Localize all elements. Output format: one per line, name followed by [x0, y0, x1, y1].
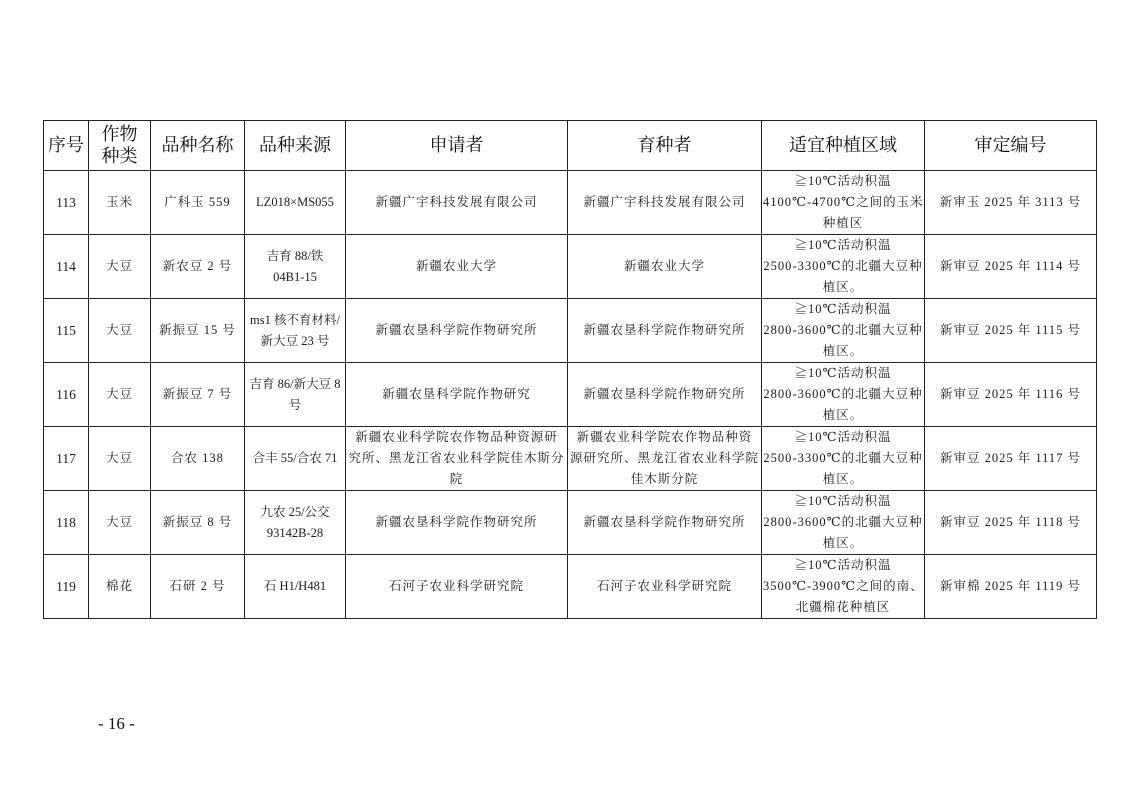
cell-breeder: 新疆农垦科学院作物研究所 — [568, 491, 762, 555]
cell-suitable-region: ≧10℃活动积温2800-3600℃的北疆大豆种植区。 — [762, 363, 925, 427]
cell-variety-source-line: 04B1-15 — [246, 267, 344, 288]
table-row: 113玉米广科玉 559LZ018×MS055新疆广宇科技发展有限公司新疆广宇科… — [44, 171, 1097, 235]
cell-crop-type: 大豆 — [89, 491, 151, 555]
header-breeder: 育种者 — [568, 121, 762, 171]
cell-variety-name: 石研 2 号 — [151, 555, 245, 619]
cell-variety-name: 新振豆 7 号 — [151, 363, 245, 427]
variety-approval-table: 序号 作物 种类 品种名称 品种来源 申请者 育种者 适宜种植区域 审定编号 1… — [43, 120, 1097, 619]
cell-breeder-line: 源研究所、黑龙江省农业科学院 — [569, 448, 760, 469]
cell-approval-number: 新审豆 2025 年 1117 号 — [925, 427, 1097, 491]
cell-suitable-region-line: 植区。 — [763, 277, 923, 298]
page-number: - 16 - — [98, 714, 135, 734]
cell-suitable-region-line: 2500-3300℃的北疆大豆种 — [763, 448, 923, 469]
cell-approval-number: 新审豆 2025 年 1116 号 — [925, 363, 1097, 427]
cell-variety-source-line: 吉育 86/新大豆 8 — [246, 374, 344, 395]
cell-variety-name: 新农豆 2 号 — [151, 235, 245, 299]
header-crop-type: 作物 种类 — [89, 121, 151, 171]
cell-applicant-line: 新疆农垦科学院作物研究所 — [347, 320, 566, 341]
header-crop-type-line1: 作物 — [90, 124, 149, 146]
cell-variety-source-line: 九农 25/公交 — [246, 502, 344, 523]
header-crop-type-line2: 种类 — [90, 146, 149, 168]
cell-crop-type: 大豆 — [89, 427, 151, 491]
cell-approval-number: 新审豆 2025 年 1114 号 — [925, 235, 1097, 299]
cell-suitable-region-line: 4100℃-4700℃之间的玉米 — [763, 192, 923, 213]
cell-variety-source: LZ018×MS055 — [245, 171, 346, 235]
cell-variety-name: 合农 138 — [151, 427, 245, 491]
cell-suitable-region-line: 2500-3300℃的北疆大豆种 — [763, 256, 923, 277]
cell-applicant: 新疆农垦科学院作物研究 — [346, 363, 568, 427]
cell-crop-type: 大豆 — [89, 235, 151, 299]
cell-suitable-region: ≧10℃活动积温4100℃-4700℃之间的玉米种植区 — [762, 171, 925, 235]
cell-crop-type: 大豆 — [89, 299, 151, 363]
header-suitable-region: 适宜种植区域 — [762, 121, 925, 171]
cell-crop-type: 玉米 — [89, 171, 151, 235]
cell-suitable-region-line: 2800-3600℃的北疆大豆种 — [763, 320, 923, 341]
cell-breeder: 新疆农垦科学院作物研究所 — [568, 363, 762, 427]
cell-applicant-line: 石河子农业科学研究院 — [347, 576, 566, 597]
cell-serial-no: 113 — [44, 171, 89, 235]
cell-applicant: 新疆农垦科学院作物研究所 — [346, 491, 568, 555]
cell-applicant: 新疆农垦科学院作物研究所 — [346, 299, 568, 363]
header-variety-source: 品种来源 — [245, 121, 346, 171]
table-row: 115大豆新振豆 15 号ms1 核不育材料/新大豆 23 号新疆农垦科学院作物… — [44, 299, 1097, 363]
cell-variety-source-line: 合丰 55/合农 71 — [246, 448, 344, 469]
cell-applicant: 新疆农业大学 — [346, 235, 568, 299]
cell-serial-no: 114 — [44, 235, 89, 299]
cell-suitable-region: ≧10℃活动积温2800-3600℃的北疆大豆种植区。 — [762, 299, 925, 363]
cell-serial-no: 117 — [44, 427, 89, 491]
cell-applicant-line: 新疆农业大学 — [347, 256, 566, 277]
cell-breeder: 新疆农垦科学院作物研究所 — [568, 299, 762, 363]
cell-suitable-region: ≧10℃活动积温2500-3300℃的北疆大豆种植区。 — [762, 427, 925, 491]
cell-suitable-region-line: ≧10℃活动积温 — [763, 171, 923, 192]
cell-variety-source-line: 石 H1/H481 — [246, 576, 344, 597]
cell-suitable-region-line: 2800-3600℃的北疆大豆种 — [763, 384, 923, 405]
cell-variety-name: 新振豆 15 号 — [151, 299, 245, 363]
cell-variety-name: 新振豆 8 号 — [151, 491, 245, 555]
cell-applicant: 石河子农业科学研究院 — [346, 555, 568, 619]
cell-suitable-region: ≧10℃活动积温2800-3600℃的北疆大豆种植区。 — [762, 491, 925, 555]
cell-suitable-region-line: 植区。 — [763, 405, 923, 426]
cell-variety-source-line: ms1 核不育材料/ — [246, 310, 344, 331]
cell-breeder-line: 新疆农垦科学院作物研究所 — [569, 384, 760, 405]
cell-breeder-line: 石河子农业科学研究院 — [569, 576, 760, 597]
table-row: 117大豆合农 138合丰 55/合农 71新疆农业科学院农作物品种资源研究所、… — [44, 427, 1097, 491]
cell-suitable-region-line: ≧10℃活动积温 — [763, 555, 923, 576]
cell-suitable-region-line: ≧10℃活动积温 — [763, 299, 923, 320]
cell-variety-source: 吉育 86/新大豆 8号 — [245, 363, 346, 427]
cell-applicant-line: 新疆农垦科学院作物研究所 — [347, 512, 566, 533]
cell-breeder-line: 新疆农业大学 — [569, 256, 760, 277]
cell-variety-source: 合丰 55/合农 71 — [245, 427, 346, 491]
cell-variety-source-line: 新大豆 23 号 — [246, 331, 344, 352]
cell-crop-type: 大豆 — [89, 363, 151, 427]
cell-variety-source: 石 H1/H481 — [245, 555, 346, 619]
cell-breeder-line: 新疆农业科学院农作物品种资 — [569, 427, 760, 448]
table-row: 118大豆新振豆 8 号九农 25/公交93142B-28新疆农垦科学院作物研究… — [44, 491, 1097, 555]
cell-serial-no: 118 — [44, 491, 89, 555]
cell-serial-no: 119 — [44, 555, 89, 619]
cell-variety-source-line: 吉育 88/铁 — [246, 246, 344, 267]
cell-approval-number: 新审棉 2025 年 1119 号 — [925, 555, 1097, 619]
cell-applicant: 新疆广宇科技发展有限公司 — [346, 171, 568, 235]
table-header-row: 序号 作物 种类 品种名称 品种来源 申请者 育种者 适宜种植区域 审定编号 — [44, 121, 1097, 171]
header-approval-number: 审定编号 — [925, 121, 1097, 171]
cell-variety-source-line: 号 — [246, 395, 344, 416]
cell-suitable-region-line: 2800-3600℃的北疆大豆种 — [763, 512, 923, 533]
cell-breeder-line: 新疆农垦科学院作物研究所 — [569, 320, 760, 341]
cell-crop-type: 棉花 — [89, 555, 151, 619]
cell-suitable-region: ≧10℃活动积温3500℃-3900℃之间的南、北疆棉花种植区 — [762, 555, 925, 619]
cell-applicant-line: 新疆农垦科学院作物研究 — [347, 384, 566, 405]
cell-breeder-line: 佳木斯分院 — [569, 469, 760, 490]
table-row: 116大豆新振豆 7 号吉育 86/新大豆 8号新疆农垦科学院作物研究新疆农垦科… — [44, 363, 1097, 427]
cell-serial-no: 116 — [44, 363, 89, 427]
cell-suitable-region-line: 北疆棉花种植区 — [763, 597, 923, 618]
cell-suitable-region-line: 植区。 — [763, 341, 923, 362]
table-row: 114大豆新农豆 2 号吉育 88/铁04B1-15新疆农业大学新疆农业大学≧1… — [44, 235, 1097, 299]
document-page: 序号 作物 种类 品种名称 品种来源 申请者 育种者 适宜种植区域 审定编号 1… — [0, 0, 1122, 793]
cell-approval-number: 新审玉 2025 年 3113 号 — [925, 171, 1097, 235]
cell-approval-number: 新审豆 2025 年 1115 号 — [925, 299, 1097, 363]
cell-suitable-region-line: 3500℃-3900℃之间的南、 — [763, 576, 923, 597]
cell-suitable-region-line: ≧10℃活动积温 — [763, 235, 923, 256]
cell-variety-source: 九农 25/公交93142B-28 — [245, 491, 346, 555]
cell-variety-name: 广科玉 559 — [151, 171, 245, 235]
cell-breeder: 新疆农业大学 — [568, 235, 762, 299]
cell-applicant: 新疆农业科学院农作物品种资源研究所、黑龙江省农业科学院佳木斯分院 — [346, 427, 568, 491]
cell-suitable-region-line: 植区。 — [763, 533, 923, 554]
cell-breeder-line: 新疆农垦科学院作物研究所 — [569, 512, 760, 533]
header-variety-name: 品种名称 — [151, 121, 245, 171]
cell-suitable-region: ≧10℃活动积温2500-3300℃的北疆大豆种植区。 — [762, 235, 925, 299]
cell-applicant-line: 新疆农业科学院农作物品种资源研 — [347, 427, 566, 448]
cell-suitable-region-line: ≧10℃活动积温 — [763, 491, 923, 512]
cell-breeder: 新疆广宇科技发展有限公司 — [568, 171, 762, 235]
header-applicant: 申请者 — [346, 121, 568, 171]
cell-approval-number: 新审豆 2025 年 1118 号 — [925, 491, 1097, 555]
cell-variety-source-line: LZ018×MS055 — [246, 192, 344, 213]
cell-breeder: 新疆农业科学院农作物品种资源研究所、黑龙江省农业科学院佳木斯分院 — [568, 427, 762, 491]
cell-suitable-region-line: 种植区 — [763, 213, 923, 234]
cell-breeder-line: 新疆广宇科技发展有限公司 — [569, 192, 760, 213]
cell-applicant-line: 究所、黑龙江省农业科学院佳木斯分 — [347, 448, 566, 469]
cell-breeder: 石河子农业科学研究院 — [568, 555, 762, 619]
cell-suitable-region-line: ≧10℃活动积温 — [763, 427, 923, 448]
cell-suitable-region-line: 植区。 — [763, 469, 923, 490]
cell-variety-source-line: 93142B-28 — [246, 523, 344, 544]
cell-applicant-line: 新疆广宇科技发展有限公司 — [347, 192, 566, 213]
header-serial-no: 序号 — [44, 121, 89, 171]
cell-variety-source: ms1 核不育材料/新大豆 23 号 — [245, 299, 346, 363]
cell-suitable-region-line: ≧10℃活动积温 — [763, 363, 923, 384]
table-body: 113玉米广科玉 559LZ018×MS055新疆广宇科技发展有限公司新疆广宇科… — [44, 171, 1097, 619]
cell-variety-source: 吉育 88/铁04B1-15 — [245, 235, 346, 299]
cell-serial-no: 115 — [44, 299, 89, 363]
table-row: 119棉花石研 2 号石 H1/H481石河子农业科学研究院石河子农业科学研究院… — [44, 555, 1097, 619]
cell-applicant-line: 院 — [347, 469, 566, 490]
